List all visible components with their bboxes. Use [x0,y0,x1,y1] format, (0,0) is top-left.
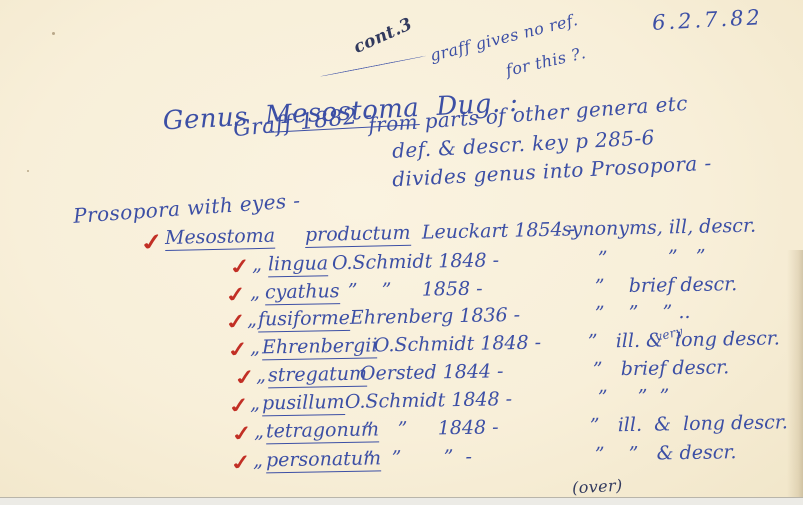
species-authority: ” ” 1848 - [364,416,499,440]
paper-speck [27,170,29,172]
checkmark-icon: ✓ [227,254,252,280]
index-card: 6.2.7.82 cont.3 graff gives no ref. for … [0,0,803,505]
species-name: stregatum [268,363,367,389]
species-authority: O.Schmidt 1848 - [374,332,541,357]
checkmark-icon: ✓ [228,450,253,476]
species-genus-ditto: „ [253,449,263,471]
species-name: lingua [268,252,329,277]
checkmark-icon: ✓ [232,365,257,391]
checkmark-icon: ✓ [225,337,250,363]
species-notes: ” ” ” [598,246,706,270]
species-authority: O.Schmidt 1848 - [345,388,512,413]
species-name: fusiforme [258,307,350,333]
card-right-edge-shadow [787,250,803,498]
species-authority: O.Schmidt 1848 - [332,249,499,274]
species-genus-ditto: „ [252,253,262,275]
species-genus-ditto: „ [256,364,266,386]
species-authority: ” ” ” - [364,446,472,470]
species-name: cyathus [265,280,340,305]
species-name: productum [305,222,411,248]
species-notes: synonyms, ill, descr. [562,215,757,241]
paper-speck [52,32,55,35]
species-name: Ehrenbergii [262,334,378,360]
species-notes: ” ill. & long descr. [590,411,788,436]
species-genus-ditto: „ [250,281,260,303]
checkmark-icon: ✓ [138,227,166,256]
species-name: tetragonum [266,418,379,444]
date-note: 6.2.7.82 [651,5,763,35]
species-authority: Ehrenberg 1836 - [350,304,521,329]
species-genus: Mesostoma [165,225,276,251]
species-authority: Oersted 1844 - [360,360,504,385]
continuation-note: cont.3 [351,14,416,58]
checkmark-icon: ✓ [223,309,248,335]
checkmark-icon: ✓ [223,282,248,308]
checkmark-icon: ✓ [229,421,254,447]
section-heading: Prosopora with eyes - [72,188,301,228]
card-bottom-edge [0,497,803,505]
species-authority: ” ” 1858 - [348,278,483,302]
checkmark-icon: ✓ [226,393,251,419]
species-notes: ” ” ” .. [595,301,691,325]
species-name: pusillum [262,391,345,416]
over-note: (over) [572,476,624,498]
species-genus-ditto: „ [250,392,260,414]
species-notes: ” ” & descr. [595,441,737,465]
species-notes: ” brief descr. [593,356,730,380]
species-authority: Leuckart 1854 - [422,218,576,243]
species-notes: ” brief descr. [595,273,738,297]
species-genus-ditto: „ [250,336,260,358]
species-genus-ditto: „ [247,309,257,331]
species-genus-ditto: „ [254,420,264,442]
species-notes: ” ” ” [598,385,670,408]
species-notes: ” ill. & long descr. [588,327,780,352]
